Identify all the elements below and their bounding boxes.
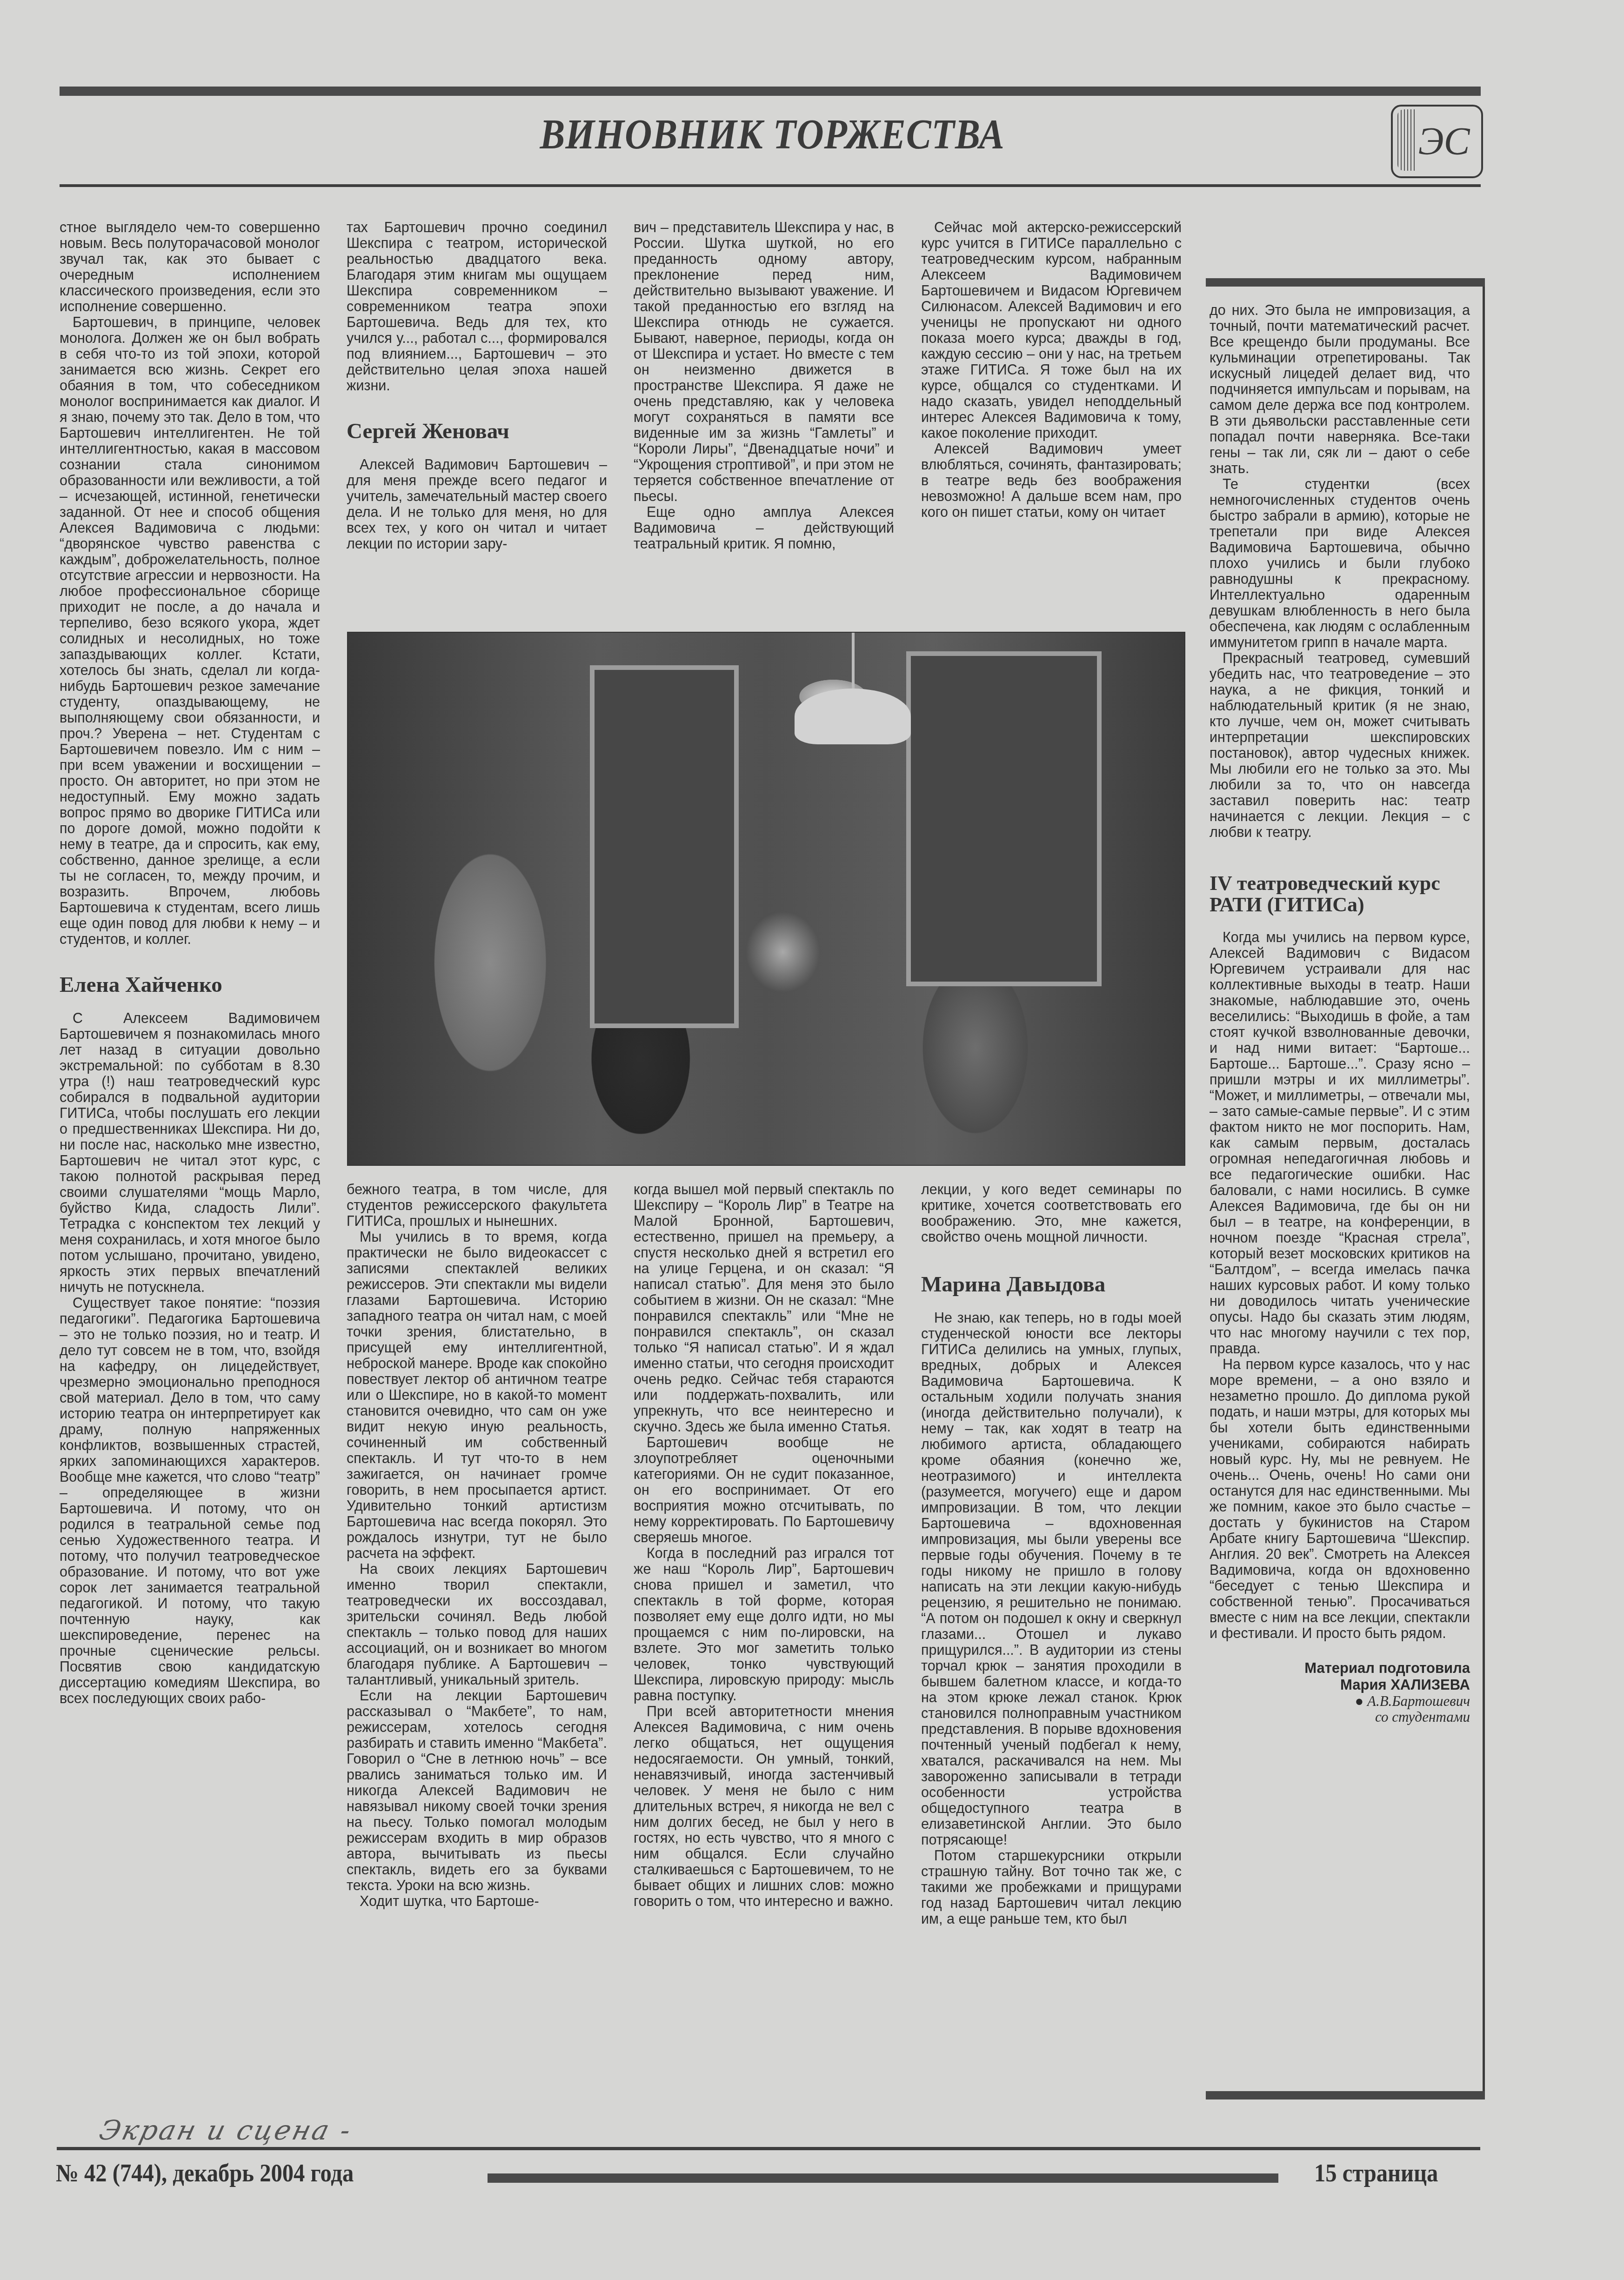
paragraph: лекции, у кого ведет семинары по критике… — [921, 1182, 1182, 1245]
paragraph: Прекрасный театровед, сумевший убедить н… — [1210, 650, 1470, 840]
column-5-sidebar: до них. Это была не импровизация, а точн… — [1210, 302, 1470, 1725]
credit-author: Мария ХАЛИЗЕВА — [1210, 1677, 1470, 1693]
paragraph: до них. Это была не импровизация, а точн… — [1210, 302, 1470, 476]
section-title: ВИНОВНИК ТОРЖЕСТВА — [527, 109, 1018, 159]
credit-line-1: Материал подготовила — [1210, 1660, 1470, 1677]
group-heading: IV театроведческий курс РАТИ (ГИТИСа) — [1210, 873, 1470, 916]
paragraph: Алексей Вадимович Бартошевич – для меня … — [347, 457, 607, 552]
photo-image — [347, 632, 1185, 1166]
paragraph: На первом курсе казалось, что у нас море… — [1210, 1357, 1470, 1641]
credit: Материал подготовила Мария ХАЛИЗЕВА — [1210, 1660, 1470, 1693]
author-heading: Елена Хайченко — [60, 973, 320, 996]
paragraph: Не знаю, как теперь, но в годы моей студ… — [921, 1310, 1182, 1848]
caption-line-2: со студентами — [1210, 1709, 1470, 1725]
paragraph: Бартошевич вообще не злоупотребляет оцен… — [634, 1435, 894, 1545]
paragraph: Когда мы учились на первом курсе, Алексе… — [1210, 929, 1470, 1357]
paragraph: Те студентки (всех немногочисленных студ… — [1210, 476, 1470, 650]
footer-bar — [488, 2173, 1278, 2183]
caption-line-1: ● А.В.Бартошевич — [1210, 1693, 1470, 1709]
photo-lamp — [795, 689, 911, 744]
paragraph: При всей авторитетности мнения Алексея В… — [634, 1704, 894, 1909]
photo-lamp-cord — [852, 633, 855, 689]
paragraph: Ходит шутка, что Бартоше- — [347, 1893, 607, 1909]
ekran-i-scena-logo-icon: ЭС — [1391, 105, 1483, 178]
paragraph: тах Бартошевич прочно соединил Шекспира … — [347, 220, 607, 394]
author-heading: Сергей Женовач — [347, 420, 607, 443]
paragraph: Мы учились в то время, когда практически… — [347, 1229, 607, 1561]
photo-window-left — [590, 665, 739, 1028]
paragraph: Потом старшекурсники открыли страшную та… — [921, 1848, 1182, 1927]
column-4-top: Сейчас мой актерско-режиссерский курс уч… — [921, 220, 1182, 520]
column-3-bottom: когда вышел мой первый спектакль по Шекс… — [634, 1182, 894, 1909]
paragraph: вич – представитель Шекспира у нас, в Ро… — [634, 220, 894, 504]
footer-top-rule — [57, 2147, 1480, 2150]
paragraph: когда вышел мой первый спектакль по Шекс… — [634, 1182, 894, 1435]
column-3-top: вич – представитель Шекспира у нас, в Ро… — [634, 220, 894, 552]
author-heading: Марина Давыдова — [921, 1273, 1182, 1296]
paragraph: Сейчас мой актерско-режиссерский курс уч… — [921, 220, 1182, 441]
issue-number: № 42 (744), декабрь 2004 года — [56, 2159, 354, 2187]
column-2-top: тах Бартошевич прочно соединил Шекспира … — [347, 220, 607, 552]
curtain-lines-icon — [1397, 109, 1416, 171]
column-4-bottom: лекции, у кого ведет семинары по критике… — [921, 1182, 1182, 1927]
photo-caption: ● А.В.Бартошевич со студентами — [1210, 1693, 1470, 1725]
paragraph: бежного театра, в том числе, для студент… — [347, 1182, 607, 1229]
paragraph: С Алексеем Вадимовичем Бартошевичем я по… — [60, 1010, 320, 1295]
paragraph: Если на лекции Бартошевич рассказывал о … — [347, 1688, 607, 1893]
paragraph: Алексей Вадимович умеет влюбляться, сочи… — [921, 441, 1182, 520]
sidebar-bottom-rule — [1206, 2091, 1485, 2099]
column-1: стное выглядело чем-то совершенно новым.… — [60, 220, 320, 1706]
logo-glyph: ЭС — [1418, 119, 1470, 164]
header-bottom-rule — [60, 184, 1481, 187]
paragraph: Бартошевич, в принципе, человек монолога… — [60, 314, 320, 947]
photo-window-right — [906, 651, 1102, 986]
sidebar-top-rule — [1206, 278, 1485, 287]
paragraph: Когда в последний раз игрался тот же наш… — [634, 1545, 894, 1704]
top-rule — [60, 87, 1481, 96]
paragraph: стное выглядело чем-то совершенно новым.… — [60, 220, 320, 314]
paragraph: Еще одно амплуа Алексея Вадимовича – дей… — [634, 504, 894, 552]
paragraph: Существует такое понятие: “поэзия педаго… — [60, 1295, 320, 1706]
handwritten-note: Экран и сцена - — [96, 2114, 356, 2146]
paragraph: На своих лекциях Бартошевич именно твори… — [347, 1561, 607, 1688]
page-number: 15 страница — [1314, 2159, 1438, 2187]
column-2-bottom: бежного театра, в том числе, для студент… — [347, 1182, 607, 1909]
